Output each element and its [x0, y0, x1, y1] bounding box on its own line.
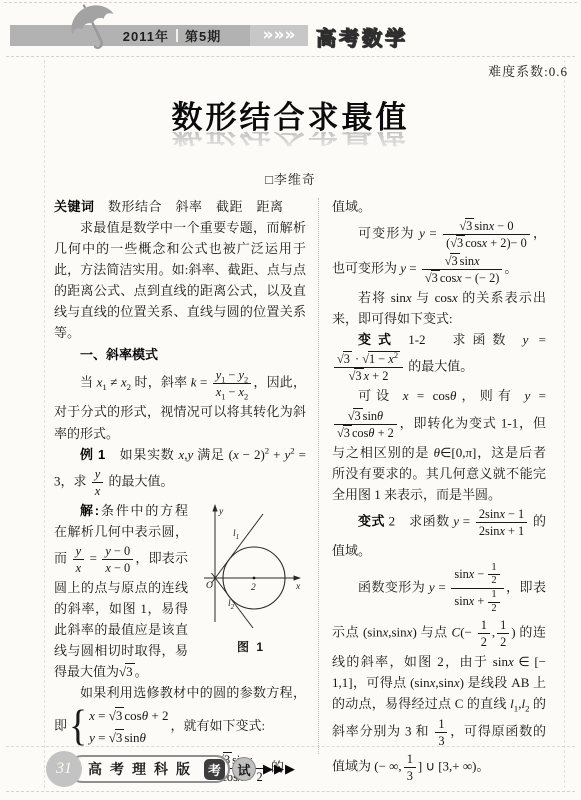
square-root: √3: [349, 368, 364, 383]
author: □李维奇: [0, 169, 581, 188]
math-var: C: [452, 625, 461, 640]
bottom-edge-rule: [6, 791, 575, 792]
square-root: √3: [109, 729, 125, 745]
article-title: 数形结合求最值: [0, 92, 581, 137]
math-var: x: [95, 484, 100, 498]
fraction: yx: [92, 466, 103, 499]
right-column: 值域。可变形为 y = √3sinx − 0(√3cosx + 2)− 0，也可…: [332, 196, 546, 785]
numerator: √3sinx: [422, 253, 502, 270]
bold-text: 变式: [358, 332, 398, 347]
numerator: 1: [488, 589, 499, 603]
column-divider: [318, 198, 319, 754]
math-var: y: [523, 332, 529, 347]
superscript: 2: [265, 445, 269, 455]
fraction: 12: [478, 617, 490, 650]
continued-range: 值域。: [332, 196, 546, 217]
article-body: 关键词 数形结合 斜率 截距 距离求最值是数学中一个重要专题，而解析几何中的一些…: [54, 196, 546, 756]
denominator: sinx + 12: [451, 589, 503, 615]
numerator: 2sinx − 1: [476, 506, 527, 523]
math-var: y: [95, 467, 100, 481]
fraction: 13: [404, 751, 416, 784]
bold-text: 一、斜率模式: [80, 347, 158, 362]
figure-1-plot: y x O 2 l1 l2: [197, 502, 305, 632]
kao-badge: 考: [204, 759, 225, 780]
fraction: √3 · √1 − x2√3x + 2: [334, 351, 403, 384]
numerator: sinx − 12: [451, 562, 503, 589]
figure-1: y x O 2 l1 l2 图 1: [196, 502, 306, 657]
bold-text: 例 1: [80, 447, 105, 462]
numerator: √3sinx − 0: [443, 218, 530, 235]
radicand: 3: [353, 408, 362, 423]
radicand: 3: [450, 253, 459, 268]
footer-rule: [6, 746, 575, 747]
numerator: 1: [404, 751, 416, 768]
denominator: 2sinx + 1: [476, 523, 527, 539]
numerator: 1: [478, 617, 490, 634]
superscript: 2: [290, 445, 294, 455]
square-root: √3: [109, 707, 125, 723]
shi-badge: 试: [232, 757, 256, 781]
numerator: y − 0: [102, 543, 133, 560]
bold-text: 解:: [80, 503, 99, 518]
y-axis-label: y: [218, 507, 224, 517]
math-var: x: [482, 236, 487, 250]
case-row: x = √3cosθ + 2: [89, 705, 168, 727]
radicand: 3: [431, 270, 440, 285]
math-var: θ: [434, 445, 440, 460]
radical-sign: √: [109, 708, 115, 723]
math-var: x: [469, 594, 474, 608]
denominator: x: [92, 483, 103, 499]
section-heading-slope: 一、斜率模式: [54, 344, 306, 365]
square-root: √3: [337, 351, 352, 366]
denominator: x − 0: [102, 560, 133, 576]
radicand: 3: [465, 218, 474, 233]
center-label: 2: [251, 583, 256, 593]
keywords-line: 关键词 数形结合 斜率 截距 距离: [54, 196, 306, 217]
fraction: 12: [497, 617, 509, 650]
math-var: x: [233, 447, 239, 462]
difficulty-label: 难度系数:0.6: [488, 61, 568, 80]
x-axis-label: x: [295, 582, 301, 592]
denominator: √3cosx − (− 2): [422, 270, 502, 286]
math-var: x: [452, 290, 458, 305]
square-root: √3: [348, 408, 363, 423]
numerator: 1: [488, 562, 499, 576]
example-1: 例 1 如果实数 x,y 满足 (x − 2)2 + y2 = 3，求 yx 的…: [54, 444, 306, 500]
subscript: 2: [525, 704, 529, 714]
math-var: θ: [377, 409, 383, 423]
subscript: 2: [127, 383, 131, 393]
fraction: yx: [73, 543, 84, 576]
square-root: √3: [337, 425, 352, 440]
fraction: 12: [488, 562, 499, 588]
header-issue: 第5期: [185, 26, 221, 45]
superscript: 2: [394, 351, 398, 360]
square-root: √1 − x2: [362, 351, 400, 366]
x-axis-arrow: [294, 575, 302, 580]
radical-sign: √: [109, 730, 115, 745]
brace-icon: {: [69, 708, 87, 747]
subscript: 2: [244, 393, 248, 402]
math-var: x: [469, 567, 474, 581]
case-rows: x = √3cosθ + 2y = √3sinθ: [89, 705, 168, 749]
denominator: √3cosθ + 2: [334, 425, 397, 441]
page-footer: 31 高考理科版 考 试 ▶▶▶: [46, 750, 296, 788]
math-var: y: [419, 226, 425, 241]
math-var: y: [524, 388, 530, 403]
fraction: 12: [488, 589, 499, 615]
header-bar: 2011年 第5期: [10, 25, 250, 46]
math-var: θ: [142, 708, 148, 723]
radicand: 3: [343, 351, 352, 366]
math-var: x: [403, 388, 409, 403]
radicand: 3: [456, 235, 465, 250]
math-var: y: [76, 544, 81, 558]
math-var: x: [499, 524, 504, 538]
footer-arrows-icon: ▶▶▶: [263, 762, 296, 777]
subscript: 1: [102, 383, 106, 393]
fraction: √3sinθ√3cosθ + 2: [334, 408, 397, 441]
line1-label: l1: [233, 529, 239, 541]
math-var: y: [453, 513, 459, 528]
subscript: 1: [221, 393, 225, 402]
math-var: y: [429, 580, 435, 595]
radicand: 3: [343, 425, 352, 440]
math-var: θ: [368, 426, 374, 440]
magazine-page: 2011年 第5期 »»» 高考数学 难度系数:0.6 数形结合求最值 数形结合…: [0, 0, 581, 800]
math-var: x: [105, 561, 110, 575]
square-root: √3: [459, 218, 474, 233]
numerator: √3 · √1 − x2: [334, 351, 403, 368]
origin-label: O: [206, 581, 213, 591]
relation-paragraph: 若将 sinx 与 cosx 的关系表示出来，即可得如下变式:: [332, 287, 546, 329]
header-separator: [176, 29, 178, 42]
equation-system: {x = √3cosθ + 2y = √3sinθ: [69, 705, 168, 749]
math-var: x: [407, 625, 413, 640]
denominator: 2: [478, 634, 490, 650]
numerator: y: [92, 466, 103, 483]
denominator: 3: [404, 768, 416, 784]
parametric-note: 如果利用选修教材中的圆的参数方程，即{x = √3cosθ + 2y = √3s…: [54, 682, 306, 751]
fraction: y1 − y2x1 − x2: [213, 367, 251, 400]
math-var: θ: [140, 730, 146, 745]
denominator: √3x + 2: [334, 368, 403, 384]
variant-2-solution: 函数变形为 y = sinx − 12sinx + 12，即表示点 (sinx,…: [332, 561, 546, 785]
square-root: √3: [450, 235, 465, 250]
fraction: sinx − 12sinx + 12: [451, 562, 503, 615]
circle-center-dot: [253, 576, 256, 579]
denominator: (√3cosx + 2)− 0: [443, 235, 530, 251]
radical-sign: √: [337, 426, 343, 440]
math-var: y: [400, 261, 406, 276]
denominator: 2: [488, 575, 499, 588]
radicand: 1 − x2: [368, 351, 400, 366]
transform-paragraph: 可变形为 y = √3sinx − 0(√3cosx + 2)− 0，也可变形为…: [332, 217, 546, 287]
numerator: 1: [497, 617, 509, 634]
left-column: 关键词 数形结合 斜率 截距 距离求最值是数学中一个重要专题，而解析几何中的一些…: [54, 196, 306, 786]
fraction: 13: [435, 716, 447, 749]
numerator: y1 − y2: [213, 367, 251, 384]
y-axis-arrow: [212, 504, 217, 512]
math-var: x: [454, 675, 460, 690]
slope-definition: 当 x1 ≠ x2 时，斜率 k = y1 − y2x1 − x2，因此，对于分…: [54, 366, 306, 443]
variant-1-2: 变式 1-2 求函数 y = √3 · √1 − x2√3x + 2 的最大值。: [332, 329, 546, 385]
denominator: 2: [497, 634, 509, 650]
square-root: √3: [119, 663, 135, 679]
intro-paragraph: 求最值是数学中一个重要专题，而解析几何中的一些概念和公式也被广泛运用于此，方法简…: [54, 217, 306, 343]
substitution-paragraph: 可设 x = cosθ，则有 y = √3sinθ√3cosθ + 2，即转化为…: [332, 385, 546, 504]
numerator: 1: [435, 716, 447, 733]
chevrons-icon: »»»: [250, 25, 308, 46]
math-var: x: [456, 271, 461, 285]
radical-sign: √: [337, 352, 343, 366]
square-root: √3: [425, 270, 440, 285]
radical-sign: √: [425, 271, 431, 285]
fraction: √3sinx√3cosx − (− 2): [422, 253, 502, 286]
figure-1-caption: 图 1: [196, 638, 306, 657]
numerator: y: [73, 543, 84, 560]
denominator: x1 − x2: [213, 384, 251, 400]
solution-1: y x O 2 l1 l2 图 1 解:条件中的方程在解析几何中表示圆，而 yx…: [54, 500, 306, 682]
math-var: x: [474, 254, 479, 268]
math-var: x: [76, 561, 81, 575]
tangent-line-1: [212, 514, 264, 583]
page-number: 31: [46, 751, 82, 787]
header-year: 2011年: [123, 26, 169, 45]
radicand: 3: [125, 663, 135, 679]
radicand: 3: [115, 729, 125, 745]
magazine-logo: 高考数学: [316, 24, 408, 48]
denominator: 2: [488, 603, 499, 616]
radicand: 3: [354, 368, 363, 383]
tangent-line-2: [212, 573, 254, 628]
denominator: x: [73, 560, 84, 576]
math-var: x: [489, 219, 494, 233]
umbrella-icon: [62, 0, 124, 56]
radicand: 3: [115, 707, 125, 723]
square-root: √3: [445, 253, 460, 268]
bold-text: 变式: [358, 513, 385, 528]
fraction: y − 0x − 0: [102, 543, 133, 576]
math-var: x: [178, 447, 184, 462]
math-var: y: [188, 447, 194, 462]
math-var: y: [105, 544, 110, 558]
math-var: x: [499, 507, 504, 521]
bold-text: 关键词: [54, 199, 95, 214]
math-var: y: [89, 730, 95, 745]
math-var: x: [508, 654, 514, 669]
numerator: √3sinθ: [334, 408, 397, 425]
header-rule: [6, 56, 575, 57]
math-var: x: [406, 290, 412, 305]
math-var: x: [382, 625, 388, 640]
fraction: 2sinx − 12sinx + 1: [476, 506, 527, 539]
subscript: 1: [514, 704, 518, 714]
math-var: x: [89, 708, 95, 723]
math-var: x: [364, 369, 369, 383]
math-var: θ: [450, 388, 456, 403]
variant-2: 变式 2 求函数 y = 2sinx − 12sinx + 1 的值域。: [332, 505, 546, 561]
math-var: x: [430, 675, 436, 690]
math-var: k: [191, 375, 197, 390]
fraction: √3sinx − 0(√3cosx + 2)− 0: [443, 218, 530, 251]
